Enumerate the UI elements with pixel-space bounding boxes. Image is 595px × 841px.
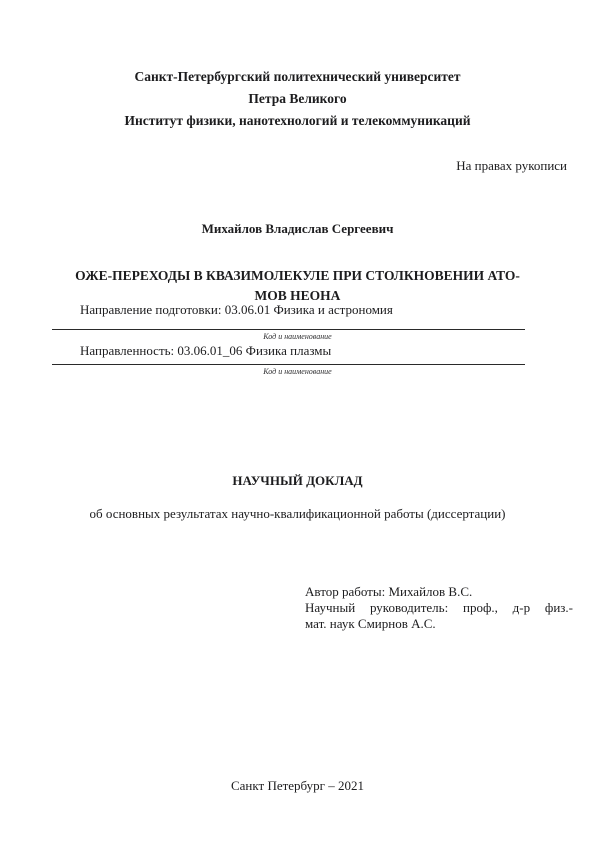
field-underline-rule	[52, 329, 525, 330]
university-name-line1: Санкт-Петербургский политехнический унив…	[0, 66, 595, 88]
specialization-underline-rule	[52, 364, 525, 365]
author-full-name: Михайлов Владислав Сергеевич	[0, 221, 595, 237]
city-and-year: Санкт Петербург – 2021	[0, 778, 595, 794]
credits-block: Автор работы: Михайлов В.С. Научный руко…	[305, 584, 573, 632]
title-page: Санкт-Петербургский политехнический унив…	[0, 0, 595, 841]
credits-supervisor-line1: Научный руководитель: проф., д-р физ.-	[305, 600, 573, 616]
field-of-study-line: Направление подготовки: 03.06.01 Физика …	[80, 302, 565, 318]
field-caption: Код и наименование	[0, 332, 595, 341]
dissertation-title-line1: ОЖЕ-ПЕРЕХОДЫ В КВАЗИМОЛЕКУЛЕ ПРИ СТОЛКНО…	[40, 266, 555, 286]
dissertation-title: ОЖЕ-ПЕРЕХОДЫ В КВАЗИМОЛЕКУЛЕ ПРИ СТОЛКНО…	[40, 266, 555, 306]
manuscript-rights-note: На правах рукописи	[0, 158, 567, 174]
specialization-line: Направленность: 03.06.01_06 Физика плазм…	[80, 343, 565, 359]
specialization-caption: Код и наименование	[0, 367, 595, 376]
university-name-line2: Петра Великого	[0, 88, 595, 110]
university-header: Санкт-Петербургский политехнический унив…	[0, 66, 595, 132]
report-type-heading: НАУЧНЫЙ ДОКЛАД	[0, 473, 595, 489]
credits-author-line: Автор работы: Михайлов В.С.	[305, 584, 573, 600]
institute-name: Институт физики, нанотехнологий и телеко…	[0, 110, 595, 132]
credits-supervisor-line2: мат. наук Смирнов А.С.	[305, 616, 573, 632]
report-subtitle: об основных результатах научно-квалифика…	[0, 506, 595, 522]
